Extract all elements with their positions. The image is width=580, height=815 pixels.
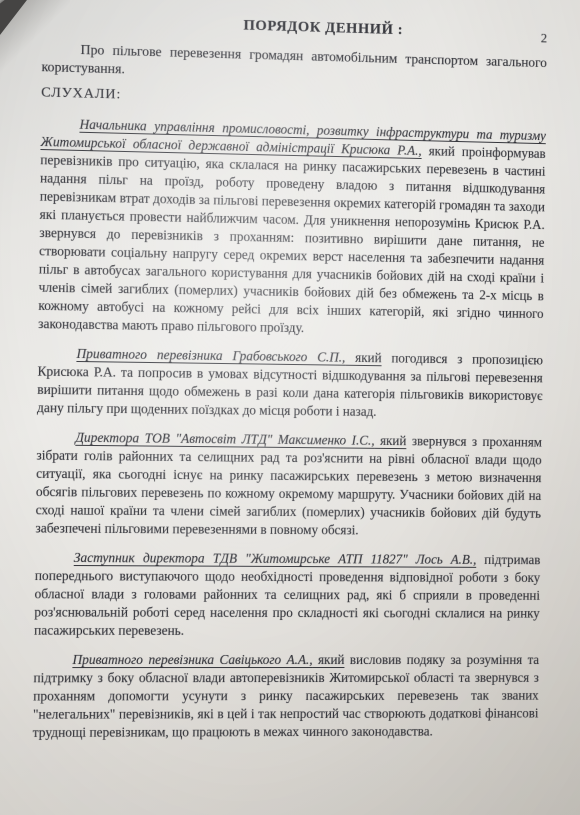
speaker-name-plain: який [374,433,406,448]
speaker-name: Приватного перевізника Грабовського С.П.… [76,346,381,365]
speaker-name: Директора ТОВ "Автосвіт ЛТД" Максименко … [75,430,406,448]
speaker-name-italic: Приватного перевізника Савіцького А.А., [72,652,312,667]
paragraph-speaker-savitskyi: Приватного перевізника Савіцького А.А., … [33,651,540,742]
speaker-name: Приватного перевізника Савіцького А.А., … [72,652,344,667]
document-content: 2 ПОРЯДОК ДЕННИЙ : Про пільгове перевезе… [32,6,548,815]
paper-sheet: 2 ПОРЯДОК ДЕННИЙ : Про пільгове перевезе… [0,0,580,815]
speaker-name-italic: Заступник директора ТДВ "Житомирське АТП… [74,550,477,567]
subject-paragraph: Про пільгове перевезення громадян автомо… [41,40,547,90]
paragraph-text: який проінформував перевізників про ситу… [38,143,546,335]
paragraph-text: звернувся з проханням зібрати голів райо… [35,433,542,537]
speaker-name-plain: який [345,350,381,365]
paragraph-speaker-los: Заступник директора ТДВ "Житомирське АТП… [34,549,541,641]
speaker-name-plain: який [312,652,344,667]
paragraph-speaker-hrabovskyi: Приватного перевізника Грабовського С.П.… [37,344,543,423]
speaker-name-italic: Директора ТОВ "Автосвіт ЛТД" Максименко … [75,430,374,448]
document-title: ПОРЯДОК ДЕННИЙ : [69,11,573,44]
speaker-name-italic: Приватного перевізника Грабовського С.П.… [76,346,345,365]
speaker-name: Заступник директора ТДВ "Житомирське АТП… [74,550,477,567]
paragraph-speaker-krysiuk: Начальника управління промисловості, роз… [38,115,546,341]
section-heading: СЛУХАЛИ: [41,84,546,115]
paragraph-speaker-maksymenko: Директора ТОВ "Автосвіт ЛТД" Максименко … [35,428,542,540]
